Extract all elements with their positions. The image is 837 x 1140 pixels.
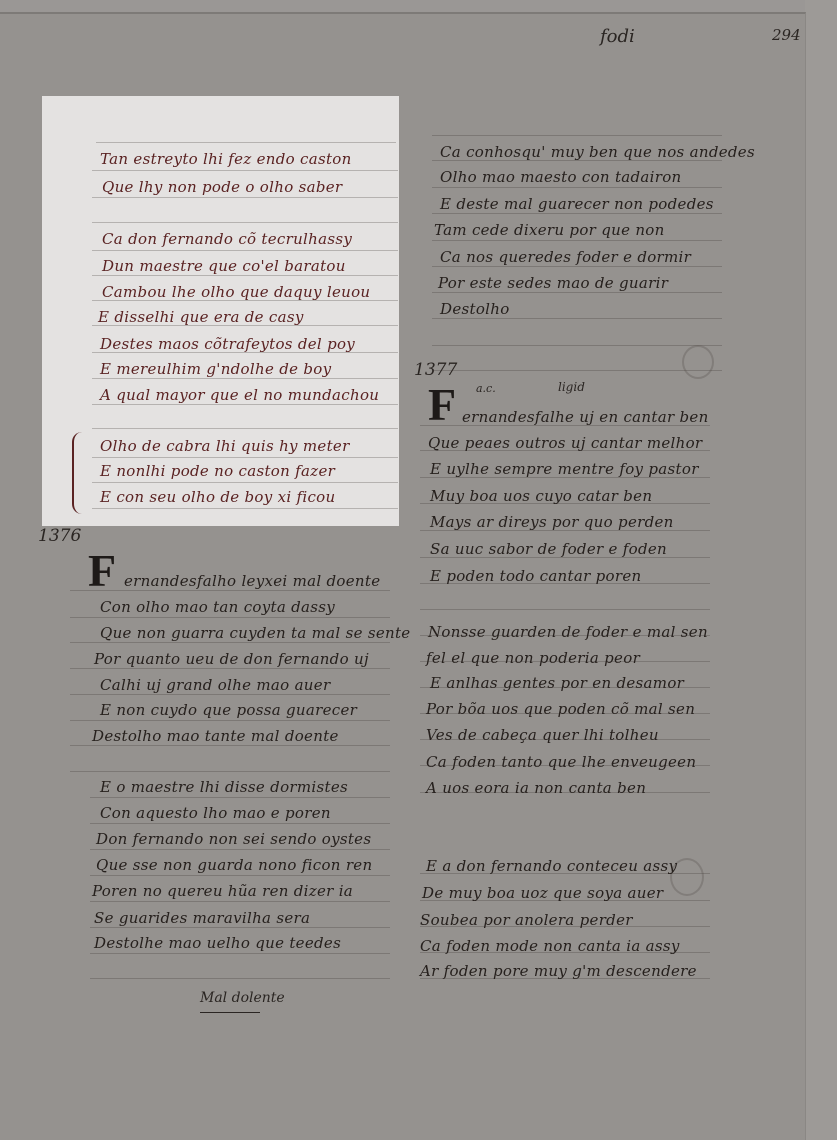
verse-line: Destolho mao tante mal doente bbox=[92, 727, 339, 745]
verse-line: Que sse non guarda nono ficon ren bbox=[96, 856, 372, 874]
verse-line: Muy boa uos cuyo catar ben bbox=[430, 487, 652, 505]
verse-line: Por este sedes mao de guarir bbox=[438, 274, 668, 292]
verse-line: Ca don fernando cõ tecrulhassy bbox=[102, 230, 352, 248]
marginal-note: ligid bbox=[558, 380, 585, 394]
verse-line: Olho mao maesto con tadairon bbox=[440, 168, 682, 186]
verse-line: fel el que non poderia peor bbox=[426, 649, 640, 667]
closing-note-underline bbox=[200, 1012, 260, 1013]
decorated-initial: F bbox=[428, 382, 456, 428]
closing-note: Mal dolente bbox=[200, 990, 285, 1006]
verse-line: E o maestre lhi disse dormistes bbox=[100, 778, 348, 796]
verse-line: E nonlhi pode no caston fazer bbox=[100, 462, 335, 480]
poem-number: 1377 bbox=[414, 360, 457, 380]
verse-line: E con seu olho de boy xi ficou bbox=[100, 488, 335, 506]
verse-line: Se guarides maravilha sera bbox=[94, 909, 310, 927]
verse-line: E uylhe sempre mentre foy pastor bbox=[430, 460, 699, 478]
margin-bracket bbox=[72, 432, 84, 514]
verse-line: Ca foden mode non canta ia assy bbox=[420, 937, 680, 955]
verse-line: Mays ar direys por quo perden bbox=[430, 513, 674, 531]
verse-line: De muy boa uoz que soya auer bbox=[422, 884, 663, 902]
verse-line: Dun maestre que co'el baratou bbox=[102, 257, 346, 275]
verse-line: Que peaes outros uj cantar melhor bbox=[428, 434, 702, 452]
catchword: fodi bbox=[600, 26, 635, 47]
verse-line: Don fernando non sei sendo oystes bbox=[96, 830, 371, 848]
verse-line: ernandesfalhe uj en cantar ben bbox=[462, 408, 709, 426]
verse-line: E a don fernando conteceu assy bbox=[426, 857, 677, 875]
verse-line: Con aquesto lho mao e poren bbox=[100, 804, 331, 822]
marginal-note: a.c. bbox=[476, 382, 496, 395]
verse-line: E mereulhim g'ndolhe de boy bbox=[100, 360, 331, 378]
verse-line: Tam cede dixeru por que non bbox=[434, 221, 665, 239]
decorated-initial: F bbox=[88, 548, 116, 594]
verse-line: Destolhe mao uelho que teedes bbox=[94, 934, 341, 952]
verse-line: Calhi uj grand olhe mao auer bbox=[100, 676, 330, 694]
verse-line: Ca conhosqu' muy ben que nos andedes bbox=[440, 143, 755, 161]
verse-line: Cambou lhe olho que daquy leuou bbox=[102, 283, 370, 301]
verse-line: Olho de cabra lhi quis hy meter bbox=[100, 437, 350, 455]
verse-line: E disselhi que era de casy bbox=[98, 308, 304, 326]
bleed-through-mark bbox=[682, 345, 714, 379]
verse-line: E poden todo cantar poren bbox=[430, 567, 641, 585]
verse-line: Que lhy non pode o olho saber bbox=[102, 178, 342, 196]
verse-line: E non cuydo que possa guarecer bbox=[100, 701, 357, 719]
verse-line: A qual mayor que el no mundachou bbox=[100, 386, 379, 404]
verse-line: Ar foden pore muy g'm descendere bbox=[420, 962, 697, 980]
verse-line: Tan estreyto lhi fez endo caston bbox=[100, 150, 352, 168]
page-edge bbox=[805, 0, 837, 1140]
verse-line: Ca foden tanto que lhe enveugeen bbox=[426, 753, 696, 771]
verse-line: Destolho bbox=[440, 300, 510, 318]
verse-line: E anlhas gentes por en desamor bbox=[430, 674, 684, 692]
verse-line: Que non guarra cuyden ta mal se sente bbox=[100, 624, 410, 642]
verse-line: ernandesfalho leyxei mal doente bbox=[124, 572, 380, 590]
verse-line: Por quanto ueu de don fernando uj bbox=[94, 650, 369, 668]
verse-line: Ca nos queredes foder e dormir bbox=[440, 248, 691, 266]
verse-line: E deste mal guarecer non podedes bbox=[440, 195, 714, 213]
verse-line: Poren no quereu hũa ren dizer ia bbox=[92, 882, 353, 900]
verse-line: Destes maos cõtrafeytos del poy bbox=[100, 335, 355, 353]
poem-number: 1376 bbox=[38, 526, 81, 546]
verse-line: Con olho mao tan coyta dassy bbox=[100, 598, 335, 616]
verse-line: Sa uuc sabor de foder e foden bbox=[430, 540, 667, 558]
verse-line: A uos eora ia non canta ben bbox=[426, 779, 646, 797]
verse-line: Soubea por anolera perder bbox=[420, 911, 633, 929]
verse-line: Ves de cabeça quer lhi tolheu bbox=[426, 726, 659, 744]
verse-line: Por bõa uos que poden cõ mal sen bbox=[426, 700, 695, 718]
folio-number: 294 bbox=[772, 26, 801, 44]
verse-line: Nonsse guarden de foder e mal sen bbox=[428, 623, 708, 641]
